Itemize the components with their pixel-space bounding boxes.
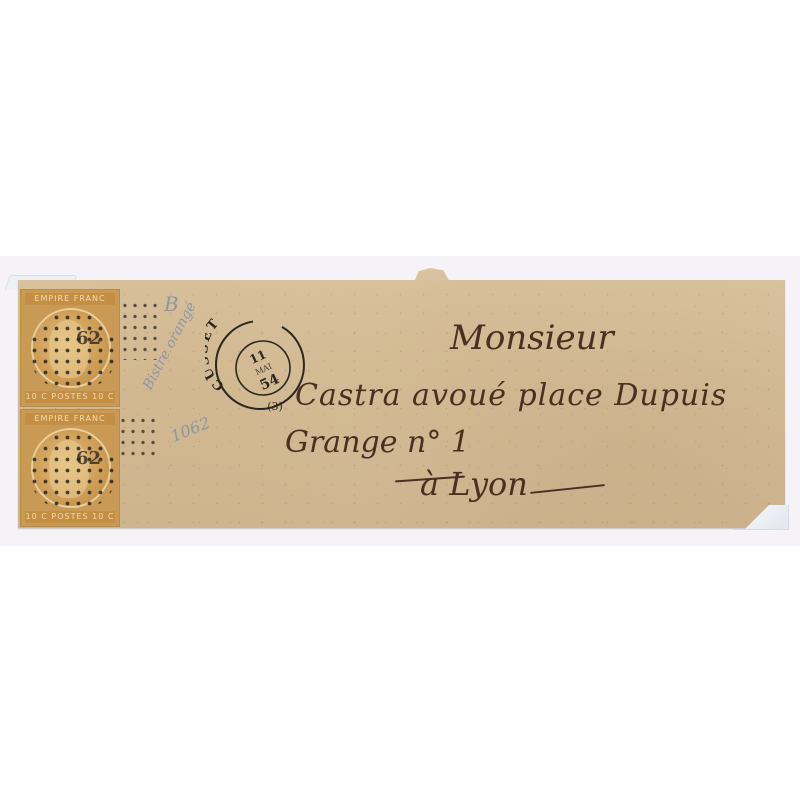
cancel-number: 62 — [76, 448, 101, 469]
cancel-number: 62 — [76, 328, 101, 349]
cancel-dots — [118, 415, 156, 460]
dotted-cancel-icon — [29, 432, 117, 512]
dotted-cancel-icon — [29, 312, 117, 392]
scene: EMPIRE FRANC 62 10 C POSTES 10 C EMPIRE … — [0, 0, 800, 800]
stamp-frame-top-text: EMPIRE FRANC — [25, 293, 115, 305]
svg-text:(3): (3) — [267, 400, 283, 413]
pencil-letter: B — [164, 292, 179, 316]
stamp-frame-top-text: EMPIRE FRANC — [25, 413, 115, 425]
stamp-frame-bottom-text: 10 C POSTES 10 C — [25, 391, 115, 403]
stamp-pair: EMPIRE FRANC 62 10 C POSTES 10 C EMPIRE … — [20, 289, 120, 529]
address-line-city: à Lyon — [420, 465, 528, 503]
stamp-top: EMPIRE FRANC 62 10 C POSTES 10 C — [20, 289, 120, 407]
stamp-bottom: EMPIRE FRANC 62 10 C POSTES 10 C — [20, 409, 120, 527]
sleeve-corner — [733, 505, 789, 530]
address-line-salutation: Monsieur — [450, 318, 614, 358]
address-line-name: Castra avoué place Dupuis — [295, 378, 727, 413]
cancel-dots — [120, 300, 158, 360]
address-line-street: Grange n° 1 — [285, 425, 470, 460]
stamp-frame-bottom-text: 10 C POSTES 10 C — [25, 511, 115, 523]
